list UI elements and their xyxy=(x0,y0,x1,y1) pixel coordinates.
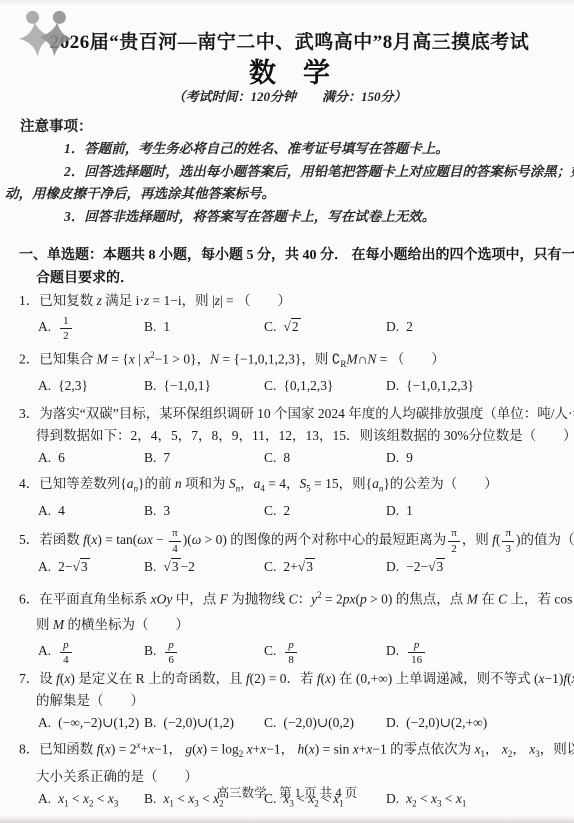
option-c: C.{0,1,2,3} xyxy=(264,375,386,397)
page-footer: 高三数学 第 1 页 共 4 页 xyxy=(0,786,574,801)
question-4-options: A.4 B.3 C.2 D.1 xyxy=(38,500,574,522)
option-c-value: {0,1,2,3} xyxy=(283,378,333,393)
two-figures-logo-icon xyxy=(13,7,79,71)
option-d-value: 2 xyxy=(406,319,413,334)
option-b: B.(−2,0)∪(1,2) xyxy=(144,712,264,734)
notice-title: 注意事项： xyxy=(20,118,574,136)
question-4-stem: 4．已知等差数列{an}的前 n 项和为 Sn，a4 = 4，S5 = 15，则… xyxy=(19,473,574,500)
question-6: 6．在平面直角坐标系 xOy 中，点 F 为抛物线 C：y2 = 2px(p >… xyxy=(19,580,574,667)
option-b: B.3 xyxy=(144,500,264,522)
option-b: B.1 xyxy=(144,312,264,342)
option-a-value: (−∞,−2)∪(1,2) xyxy=(58,715,139,730)
option-c-value: 8 xyxy=(283,450,290,465)
question-3-stem: 3．为落实“双碳”目标，某环保组织调研 10 个国家 2024 年度的人均碳排放… xyxy=(19,403,574,425)
notice-item-2-continued: 动，用橡皮擦干净后，再选涂其他答案标号。 xyxy=(5,183,574,206)
option-d: D.(−2,0)∪(2,+∞) xyxy=(386,712,574,734)
question-6-stem-continued: 则 M 的横坐标为（ ） xyxy=(36,614,574,636)
option-c: C.8 xyxy=(264,447,386,469)
option-d-value: {−1,0,1,2,3} xyxy=(406,378,474,393)
option-a: A.p4 xyxy=(38,636,144,666)
option-a-value: 6 xyxy=(58,450,65,465)
option-d: D.−2−√3 xyxy=(386,556,574,578)
question-6-options: A.p4 B.p6 C.p8 D.p16 xyxy=(38,636,574,666)
question-7-options: A.(−∞,−2)∪(1,2) B.(−2,0)∪(1,2) C.(−2,0)∪… xyxy=(38,712,574,734)
option-d-value: 1 xyxy=(406,503,413,518)
option-d: D.p16 xyxy=(386,636,574,666)
option-c: C.(−2,0)∪(0,2) xyxy=(264,712,386,734)
option-d-value: (−2,0)∪(2,+∞) xyxy=(406,715,487,730)
option-d: D.2 xyxy=(386,312,574,342)
option-d-value: −2−√3 xyxy=(406,558,445,574)
question-7: 7．设 f(x) 是定义在 R 上的奇函数，且 f(2) = 0．若 f(x) … xyxy=(19,668,574,734)
question-7-stem: 7．设 f(x) 是定义在 R 上的奇函数，且 f(2) = 0．若 f(x) … xyxy=(19,668,574,690)
option-a: A.6 xyxy=(38,447,144,469)
question-1: 1．已知复数 z 满足 i·z = 1−i，则 |z| = （ ） A.12 B… xyxy=(19,290,574,342)
option-c-value: (−2,0)∪(0,2) xyxy=(283,715,354,730)
option-a-value: {2,3} xyxy=(58,378,88,393)
exam-info: （考试时间：120分钟 满分：150分） xyxy=(5,90,574,104)
option-c: C.2 xyxy=(264,500,386,522)
question-5: 5．若函数 f(x) = tan(ωx − π4)(ω > 0) 的图像的两个对… xyxy=(19,524,574,578)
option-d: D.1 xyxy=(386,500,574,522)
option-c-value: 2+√3 xyxy=(283,558,315,574)
option-b-value: (−2,0)∪(1,2) xyxy=(163,715,234,730)
exam-title: 2026届“贵百河—南宁二中、武鸣高中”8月高三摸底考试 xyxy=(5,30,574,56)
option-c-value: p8 xyxy=(283,643,299,658)
notice-item-3: 3．回答非选择题时，将答案写在答题卡上，写在试卷上无效。 xyxy=(64,206,574,229)
option-a: A.2−√3 xyxy=(38,556,144,578)
question-5-options: A.2−√3 B.√3−2 C.2+√3 D.−2−√3 xyxy=(38,556,574,578)
question-3: 3．为落实“双碳”目标，某环保组织调研 10 个国家 2024 年度的人均碳排放… xyxy=(19,403,574,469)
section-title-continued: 合题目要求的． xyxy=(36,267,574,290)
scan-edge-top xyxy=(0,0,574,6)
option-d-value: p16 xyxy=(406,643,427,658)
option-c: C.√2 xyxy=(264,312,386,342)
question-8-stem: 8．已知函数 f(x) = 2x+x−1， g(x) = log2 x+x−1，… xyxy=(19,734,574,765)
option-a: A.(−∞,−2)∪(1,2) xyxy=(38,712,144,734)
option-d-value: 9 xyxy=(406,450,413,465)
option-b-value: 1 xyxy=(163,319,170,334)
subject-title: 数 学 xyxy=(5,58,574,88)
option-b-value: {−1,0,1} xyxy=(163,378,211,393)
question-4: 4．已知等差数列{an}的前 n 项和为 Sn，a4 = 4，S5 = 15，则… xyxy=(19,473,574,522)
option-b-value: 7 xyxy=(163,450,170,465)
option-a: A.{2,3} xyxy=(38,375,144,397)
question-1-stem: 1．已知复数 z 满足 i·z = 1−i，则 |z| = （ ） xyxy=(19,290,574,312)
option-b-value: p6 xyxy=(163,643,179,658)
option-a-value: p4 xyxy=(58,643,74,658)
notice-item-1: 1．答题前，考生务必将自己的姓名、准考证号填写在答题卡上。 xyxy=(64,138,574,161)
option-d: D.9 xyxy=(386,447,574,469)
option-c-value: √2 xyxy=(283,318,300,334)
option-a-value: 2−√3 xyxy=(58,558,90,574)
option-a-value: 4 xyxy=(58,503,65,518)
question-5-stem: 5．若函数 f(x) = tan(ωx − π4)(ω > 0) 的图像的两个对… xyxy=(19,524,574,556)
option-b: B.7 xyxy=(144,447,264,469)
option-b: B.{−1,0,1} xyxy=(144,375,264,397)
question-3-stem-continued: 得到数据如下：2，4，5，7，8，9，11，12，13，15．则该组数据的 30… xyxy=(36,425,574,447)
option-a-value: 12 xyxy=(58,319,74,334)
option-c: C.p8 xyxy=(264,636,386,666)
scan-edge-bottom xyxy=(0,816,574,823)
section-title: 一、单选题：本题共 8 小题，每小题 5 分，共 40 分． 在每小题给出的四个… xyxy=(19,244,574,267)
option-b: B.√3−2 xyxy=(144,556,264,578)
option-d: D.{−1,0,1,2,3} xyxy=(386,375,574,397)
option-a: A.12 xyxy=(38,312,144,342)
option-a: A.4 xyxy=(38,500,144,522)
question-7-stem-continued: 的解集是（ ） xyxy=(36,690,574,712)
question-8: 8．已知函数 f(x) = 2x+x−1， g(x) = log2 x+x−1，… xyxy=(19,734,574,814)
option-c: C.2+√3 xyxy=(264,556,386,578)
question-8-stem-continued: 大小关系正确的是（ ） xyxy=(36,766,574,788)
notice-item-2: 2．回答选择题时，选出每小题答案后，用铅笔把答题卡上对应题目的答案标号涂黑；如需… xyxy=(64,161,574,184)
question-2-stem: 2．已知集合 M = {x | x2−1 > 0}，N = {−1,0,1,2,… xyxy=(19,344,574,375)
option-b-value: 3 xyxy=(163,503,170,518)
exam-page: 2026届“贵百河—南宁二中、武鸣高中”8月高三摸底考试 数 学 （考试时间：1… xyxy=(0,0,574,823)
question-2: 2．已知集合 M = {x | x2−1 > 0}，N = {−1,0,1,2,… xyxy=(19,344,574,397)
question-3-options: A.6 B.7 C.8 D.9 xyxy=(38,447,574,469)
option-c-value: 2 xyxy=(283,503,290,518)
option-b: B.p6 xyxy=(144,636,264,666)
question-1-options: A.12 B.1 C.√2 D.2 xyxy=(38,312,574,342)
question-6-stem: 6．在平面直角坐标系 xOy 中，点 F 为抛物线 C：y2 = 2px(p >… xyxy=(19,580,574,615)
question-2-options: A.{2,3} B.{−1,0,1} C.{0,1,2,3} D.{−1,0,1… xyxy=(38,375,574,397)
option-b-value: √3−2 xyxy=(163,558,195,574)
